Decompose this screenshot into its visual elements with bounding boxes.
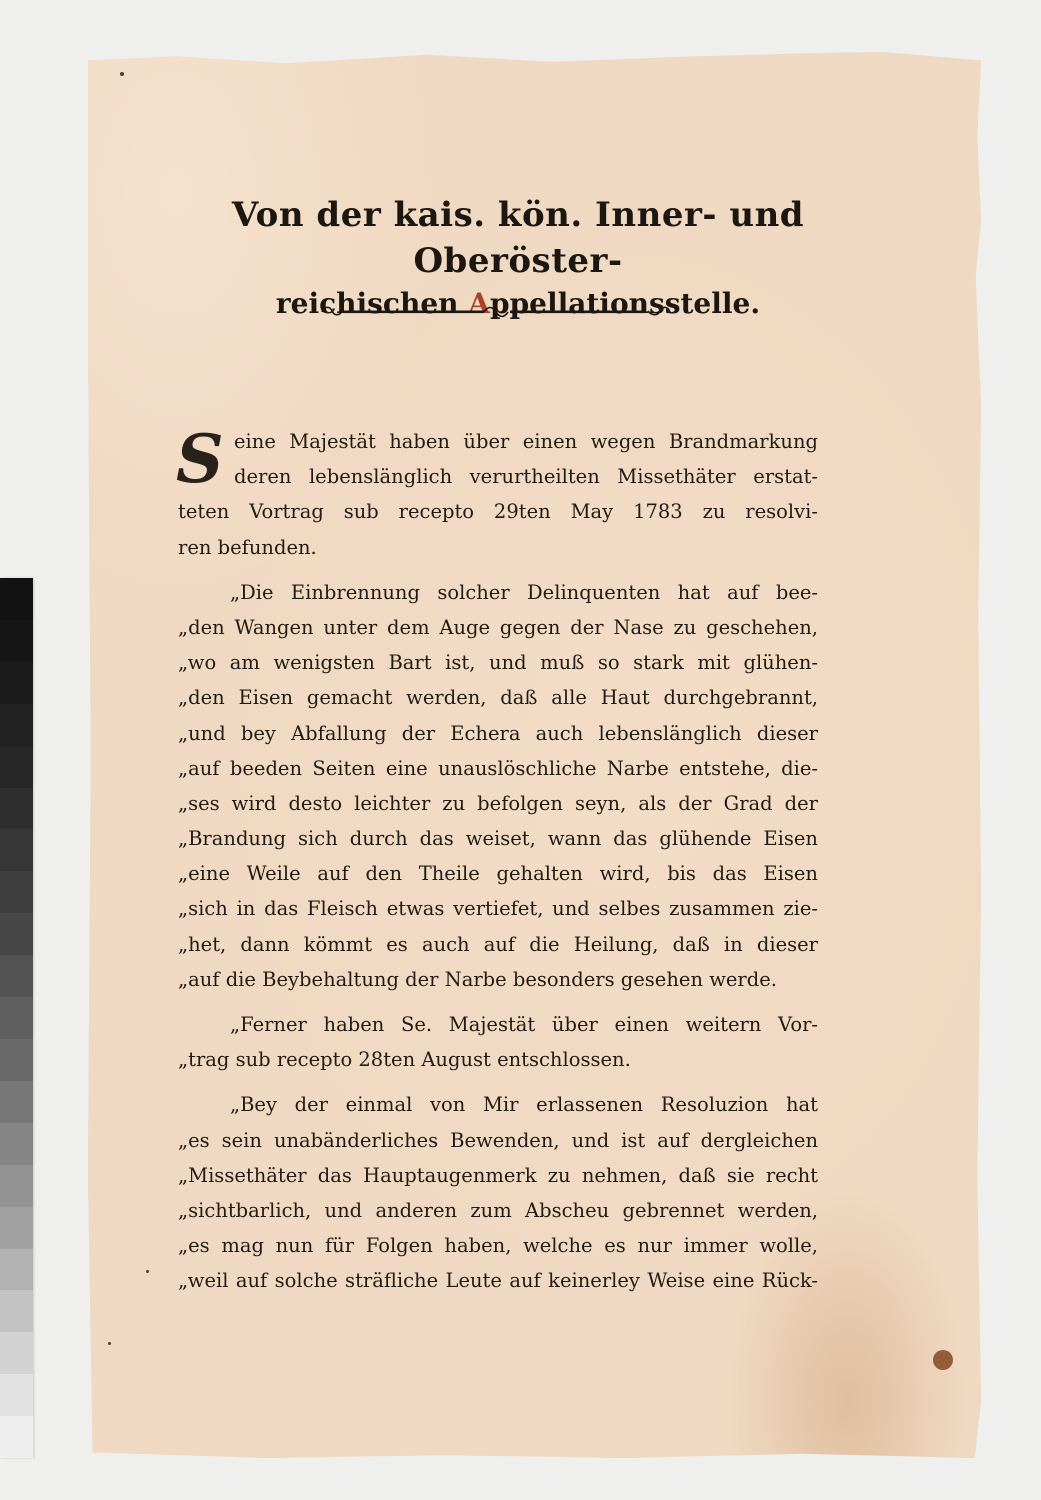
- text-line: „sich in das Fleisch etwas vertiefet, un…: [178, 891, 818, 926]
- text-line: „es sein unabänderliches Bewenden, und i…: [178, 1123, 818, 1158]
- text-line: „Bey der einmal von Mir erlassenen Resol…: [178, 1087, 818, 1122]
- calibration-step: [0, 662, 33, 704]
- calibration-step: [0, 1207, 33, 1249]
- title-line-1: Von der kais. kön. Inner- und Oberöster-: [168, 192, 868, 284]
- text-line: „Ferner haben Se. Majestät über einen we…: [178, 1007, 818, 1042]
- paragraph-4: „Bey der einmal von Mir erlassenen Resol…: [178, 1087, 818, 1298]
- calibration-step: [0, 578, 33, 620]
- title-line-2: reichischen Appellationsstelle.: [168, 284, 868, 324]
- calibration-step: [0, 1081, 33, 1123]
- text-line: „het, dann kömmt es auch auf die Heilung…: [178, 927, 818, 962]
- grey-scale-calibration-strip: [0, 578, 33, 1458]
- paper-speck: [108, 1342, 111, 1345]
- calibration-step: [0, 746, 33, 788]
- text-line: eine Majestät haben über einen wegen Bra…: [178, 424, 818, 459]
- paragraph-2: „Die Einbrennung solcher Delinquenten ha…: [178, 575, 818, 997]
- text-line: „es mag nun für Folgen haben, welche es …: [178, 1228, 818, 1263]
- paragraph-1: S eine Majestät haben über einen wegen B…: [178, 424, 818, 565]
- text-line: „eine Weile auf den Theile gehalten wird…: [178, 856, 818, 891]
- text-line: „Die Einbrennung solcher Delinquenten ha…: [178, 575, 818, 610]
- text-line: deren lebenslänglich verurtheilten Misse…: [178, 459, 818, 494]
- calibration-step: [0, 1332, 33, 1374]
- text-line: teten Vortrag sub recepto 29ten May 1783…: [178, 494, 818, 529]
- paragraph-3: „Ferner haben Se. Majestät über einen we…: [178, 1007, 818, 1077]
- text-line: „sichtbarlich, und anderen zum Abscheu g…: [178, 1193, 818, 1228]
- decorated-drop-cap: S: [176, 424, 234, 494]
- text-line: „ses wird desto leichter zu befolgen sey…: [178, 786, 818, 821]
- ornamental-rule: [320, 306, 672, 318]
- ink-stain: [933, 1350, 953, 1370]
- text-line: „den Wangen unter dem Auge gegen der Nas…: [178, 610, 818, 645]
- calibration-step: [0, 1165, 33, 1207]
- text-line: „weil auf solche sträfliche Leute auf ke…: [178, 1263, 818, 1298]
- paper-sheet: Von der kais. kön. Inner- und Oberöster-…: [88, 52, 981, 1458]
- calibration-step: [0, 997, 33, 1039]
- paper-speck: [120, 72, 124, 76]
- calibration-step: [0, 704, 33, 746]
- calibration-step: [0, 1249, 33, 1291]
- text-line: „Brandung sich durch das weiset, wann da…: [178, 821, 818, 856]
- document-title: Von der kais. kön. Inner- und Oberöster-…: [168, 192, 868, 324]
- text-line: „trag sub recepto 28ten August entschlos…: [178, 1042, 818, 1077]
- calibration-step: [0, 620, 33, 662]
- text-line: „Missethäter das Hauptaugenmerk zu nehme…: [178, 1158, 818, 1193]
- paper-speck: [146, 1270, 149, 1273]
- calibration-step: [0, 955, 33, 997]
- text-line: ren befunden.: [178, 530, 818, 565]
- calibration-step: [0, 1290, 33, 1332]
- text-line: „wo am wenigsten Bart ist, und muß so st…: [178, 645, 818, 680]
- text-line: „den Eisen gemacht werden, daß alle Haut…: [178, 680, 818, 715]
- calibration-step: [0, 871, 33, 913]
- text-line: „auf die Beybehaltung der Narbe besonder…: [178, 962, 818, 997]
- calibration-step: [0, 1416, 33, 1458]
- calibration-step: [0, 829, 33, 871]
- calibration-step: [0, 788, 33, 830]
- calibration-step: [0, 1374, 33, 1416]
- text-line: „auf beeden Seiten eine unauslöschliche …: [178, 751, 818, 786]
- calibration-step: [0, 1039, 33, 1081]
- calibration-step: [0, 913, 33, 955]
- document-body: S eine Majestät haben über einen wegen B…: [178, 424, 818, 1299]
- text-line: „und bey Abfallung der Echera auch leben…: [178, 716, 818, 751]
- calibration-step: [0, 1123, 33, 1165]
